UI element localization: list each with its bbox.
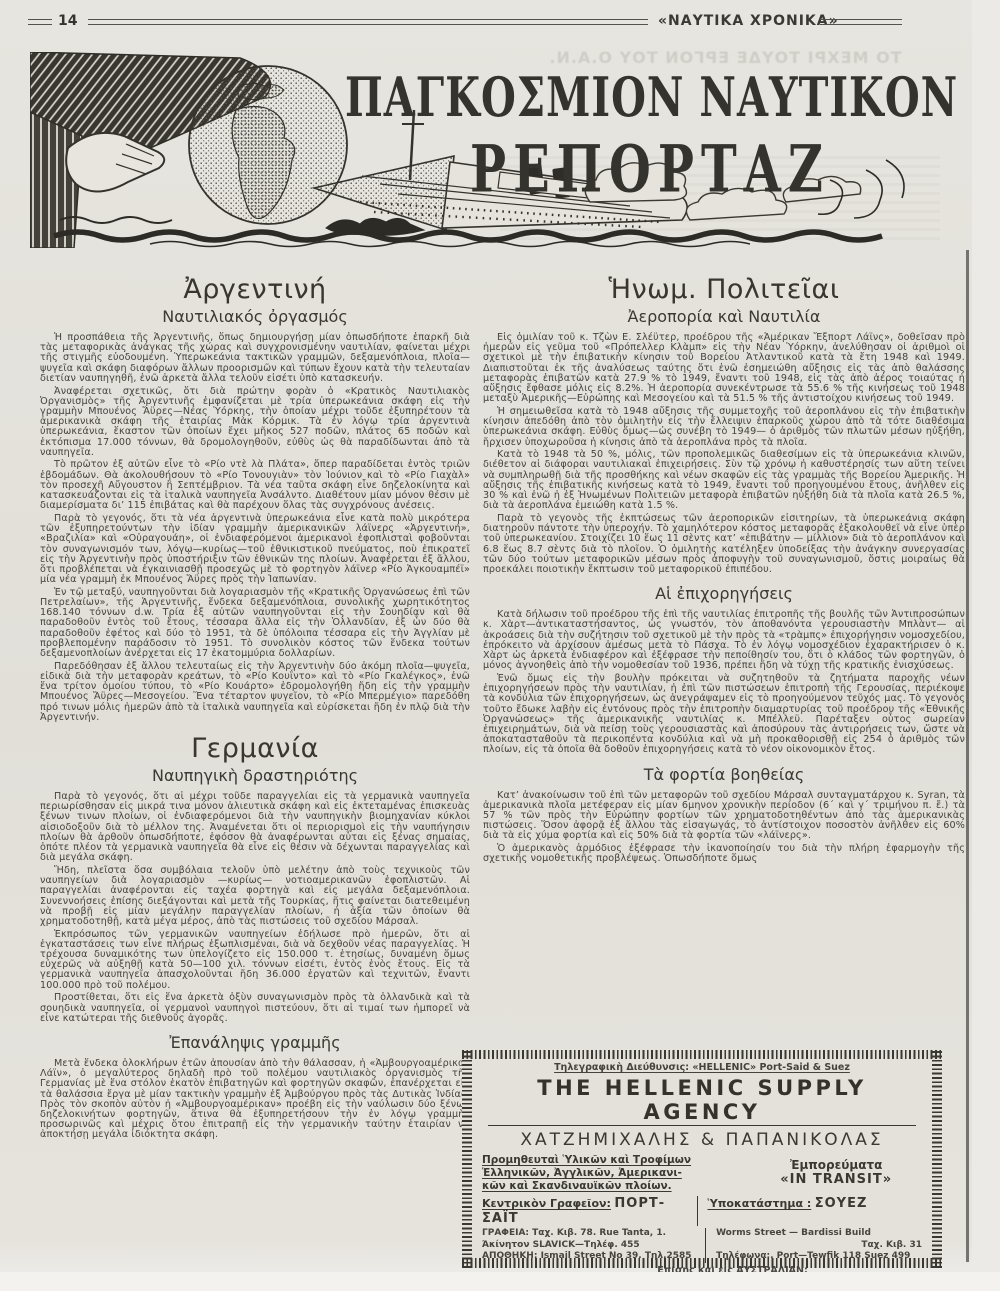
advert-content: Τηλεγραφικὴ Διεύθυνσις: «HELLENIC» Port-… [474, 1059, 930, 1258]
branch-label: Ὑποκατάστημα : [708, 1197, 812, 1210]
in-transit-line: «IN TRANSIT» [750, 1172, 922, 1187]
masthead-title-line2-wrap: ΡΕΠΟΡΤΑΖ [420, 132, 880, 188]
argentina-paragraph: Ἀναφέρεται σχετικῶς, ὅτι διὰ πρώτην φορὰ… [40, 387, 470, 458]
article-argentina-subtitle: Ναυτιλιακός ὀργασμός [40, 307, 470, 326]
united-states-paragraph: Ἡ σημειωθεῖσα κατὰ τὸ 1948 αὔξησις τῆς σ… [483, 407, 965, 448]
argentina-paragraph: Ἐν τῷ μεταξύ, ναυπηγοῦνται διὰ λογαριασμ… [40, 588, 470, 659]
scan-gutter-line [966, 250, 969, 1262]
advert-border-top [462, 1050, 942, 1059]
masthead-title-line2: ΡΕΠΟΡΤΑΖ [470, 132, 830, 208]
advert-telegraphic-address: Τηλεγραφικὴ Διεύθυνσις: «HELLENIC» Port-… [482, 1062, 922, 1073]
germany-paragraph: Παρὰ τὸ γεγονός, ὅτι αἱ μέχρι τοῦδε παρα… [40, 792, 470, 863]
masthead-title-line1-wrap: ΠΑΓΚΟΣΜΙΟΝ ΝΑΥΤΙΚΟΝ [345, 66, 920, 113]
germany-paragraph: Ἤδη, πλεῖστα ὅσα συμβόλαια τελοῦν ὑπὸ με… [40, 866, 470, 927]
hq-label: Κεντρικὸν Γραφεῖον: [482, 1197, 611, 1210]
right-margin [972, 0, 1000, 1291]
branch-detail-line: Worms Street — Bardissi Build [716, 1228, 922, 1240]
masthead-title-line1: ΠΑΓΚΟΣΜΙΟΝ ΝΑΥΤΙΚΟΝ [345, 66, 958, 129]
section-aid-cargoes-subtitle: Τὰ φορτία βοηθείας [483, 765, 965, 784]
branch-detail-line: Ταχ. Κιβ. 31 [716, 1240, 922, 1252]
article-germany-title: Γερμανία [40, 733, 470, 764]
article-united-states-title: Ἡνωμ. Πολιτεῖαι [483, 274, 965, 305]
united-states-paragraph: Παρὰ τὸ γεγονὸς τῆς ἐκπτώσεως τῶν ἀεροπο… [483, 514, 965, 575]
bottom-margin [0, 1272, 1000, 1291]
advert-hq-details: ΓΡΑΦΕΙΑ: Ταχ. Κιβ. 78. Rue Tanta, 1. Ἀκί… [482, 1228, 705, 1263]
hq-detail-line: ΓΡΑΦΕΙΑ: Ταχ. Κιβ. 78. Rue Tanta, 1. [482, 1228, 705, 1240]
article-united-states-subtitle: Ἀεροπορία καὶ Ναυτιλία [483, 307, 965, 326]
advert-branch-office: Ὑποκατάστημα : ΣΟΥΕΖ [697, 1196, 923, 1226]
argentina-paragraph: Ἡ προσπάθεια τῆς Ἀργεντινῆς, ὅπως δημιου… [40, 333, 470, 384]
advert-border-right [932, 1050, 942, 1268]
in-transit-line: Ἐμπορεύματα [750, 1158, 922, 1172]
united-states-paragraph: Εἰς ὁμιλίαν τοῦ κ. Τζὼν Ε. Σλέϋτερ, προέ… [483, 333, 965, 404]
advert-branch-details: Worms Street — Bardissi Build Ταχ. Κιβ. … [705, 1228, 922, 1263]
advert-owners: ΧΑΤΖΗΜΙΧΑΛΗΣ & ΠΑΠΑΝΙΚΟΛΑΣ [482, 1130, 922, 1150]
suppliers-line: κῶν καὶ Σκανδιναυϊκῶν πλοίων. [482, 1180, 672, 1192]
advert-suppliers-text: Προμηθευταὶ Ὑλικῶν καὶ Τροφίμων Ἑλληνικῶ… [482, 1154, 750, 1193]
germany-paragraph: Ἐκπρόσωπος τῶν γερμανικῶν ναυπηγείων ἐδή… [40, 930, 470, 991]
advert-offices-row: Κεντρικὸν Γραφεῖον: ΠΟΡΤ-ΣΑΪΤ Ὑποκατάστη… [482, 1196, 922, 1226]
suppliers-line: Ἑλληνικῶν, Ἀγγλικῶν, Ἀμερικανι- [482, 1167, 682, 1179]
article-argentina-title: Ἀργεντινή [40, 274, 470, 305]
aid-cargoes-paragraph: Ὁ ἀμερικανὸς ἁρμόδιος ἐξέφρασε τὴν ἱκανο… [483, 844, 965, 864]
section-line-resumption-subtitle: Ἐπανάληψις γραμμῆς [40, 1033, 470, 1052]
aid-cargoes-paragraph: Κατ’ ἀνακοίνωσιν τοῦ ἐπὶ τῶν μεταφορῶν τ… [483, 791, 965, 842]
suppliers-line: Προμηθευταὶ Ὑλικῶν καὶ Τροφίμων [482, 1154, 691, 1166]
hq-detail-line: Ἀκίνητον SLAVICK—Τηλέφ. 455 [482, 1240, 705, 1252]
subsidies-paragraph: Κατὰ δήλωσιν τοῦ προέδρου τῆς ἐπὶ τῆς να… [483, 610, 965, 671]
line-resumption-paragraph: Μετὰ ἕνδεκα ὁλοκλήρων ἐτῶν ἀπουσίαν ἀπὸ … [40, 1059, 470, 1141]
hq-detail-line: ΑΠΟΘΗΚΗ: Ismail Street No 39. Τηλ.2585 [482, 1251, 705, 1263]
magazine-page: 14 «ΝΑΥΤΙΚΑ ΧΡΟΝΙΚΑ» ΤΟ ΜΕΧΡΙ ΤΟΥΔΕ ΕΡΓΟ… [0, 0, 1000, 1291]
advert-border-left [462, 1050, 472, 1268]
argentina-paragraph: Τὸ πρῶτον ἐξ αὐτῶν εἶνε τὸ «Ρίο ντὲ λὰ Π… [40, 460, 470, 511]
magazine-title: «ΝΑΥΤΙΚΑ ΧΡΟΝΙΚΑ» [658, 13, 839, 29]
argentina-paragraph: Παρεδόθησαν ἐξ ἄλλου τελευταίως εἰς τὴν … [40, 662, 470, 723]
branch-value: ΣΟΥΕΖ [815, 1196, 868, 1211]
advert-hq-office: Κεντρικὸν Γραφεῖον: ΠΟΡΤ-ΣΑΪΤ [482, 1196, 697, 1226]
subsidies-paragraph: Ἐνῶ ὅμως εἰς τὴν βουλὴν πρόκειται νὰ συζ… [483, 674, 965, 756]
header-rule-right [820, 19, 902, 25]
advert-agency-name: THE HELLENIC SUPPLY AGENCY [488, 1076, 916, 1126]
right-column: Ἡνωμ. Πολιτεῖαι Ἀεροπορία καὶ Ναυτιλία Ε… [483, 264, 965, 1048]
advert-suppliers-row: Προμηθευταὶ Ὑλικῶν καὶ Τροφίμων Ἑλληνικῶ… [482, 1154, 922, 1193]
hellenic-supply-agency-advert: Τηλεγραφικὴ Διεύθυνσις: «HELLENIC» Port-… [462, 1050, 942, 1268]
header-rule-left [88, 19, 648, 25]
united-states-paragraph: Κατὰ τὸ 1948 τὰ 50 %, μόλις, τῶν προπολε… [483, 450, 965, 511]
germany-paragraph: Προστίθεται, ὅτι εἰς ἕνα ἀρκετὰ ὀξὺν συν… [40, 993, 470, 1024]
branch-detail-line: Τηλέφωνα:. Port—Tewfik 118 Suez 499 [716, 1251, 922, 1263]
page-number: 14 [58, 13, 77, 29]
advert-details-row: ΓΡΑΦΕΙΑ: Ταχ. Κιβ. 78. Rue Tanta, 1. Ἀκί… [482, 1228, 922, 1263]
section-subsidies-subtitle: Αἱ ἐπιχορηγήσεις [483, 584, 965, 603]
left-column: Ἀργεντινή Ναυτιλιακός ὀργασμός Ἡ προσπάθ… [40, 264, 470, 1269]
argentina-paragraph: Παρὰ τὸ γεγονός, ὅτι τὰ νέα ἀργεντινὰ ὑπ… [40, 514, 470, 585]
advert-in-transit: Ἐμπορεύματα «IN TRANSIT» [750, 1154, 922, 1193]
article-germany-subtitle: Ναυπηγικὴ δραστηριότης [40, 766, 470, 785]
header-rule-far-left [28, 19, 52, 25]
